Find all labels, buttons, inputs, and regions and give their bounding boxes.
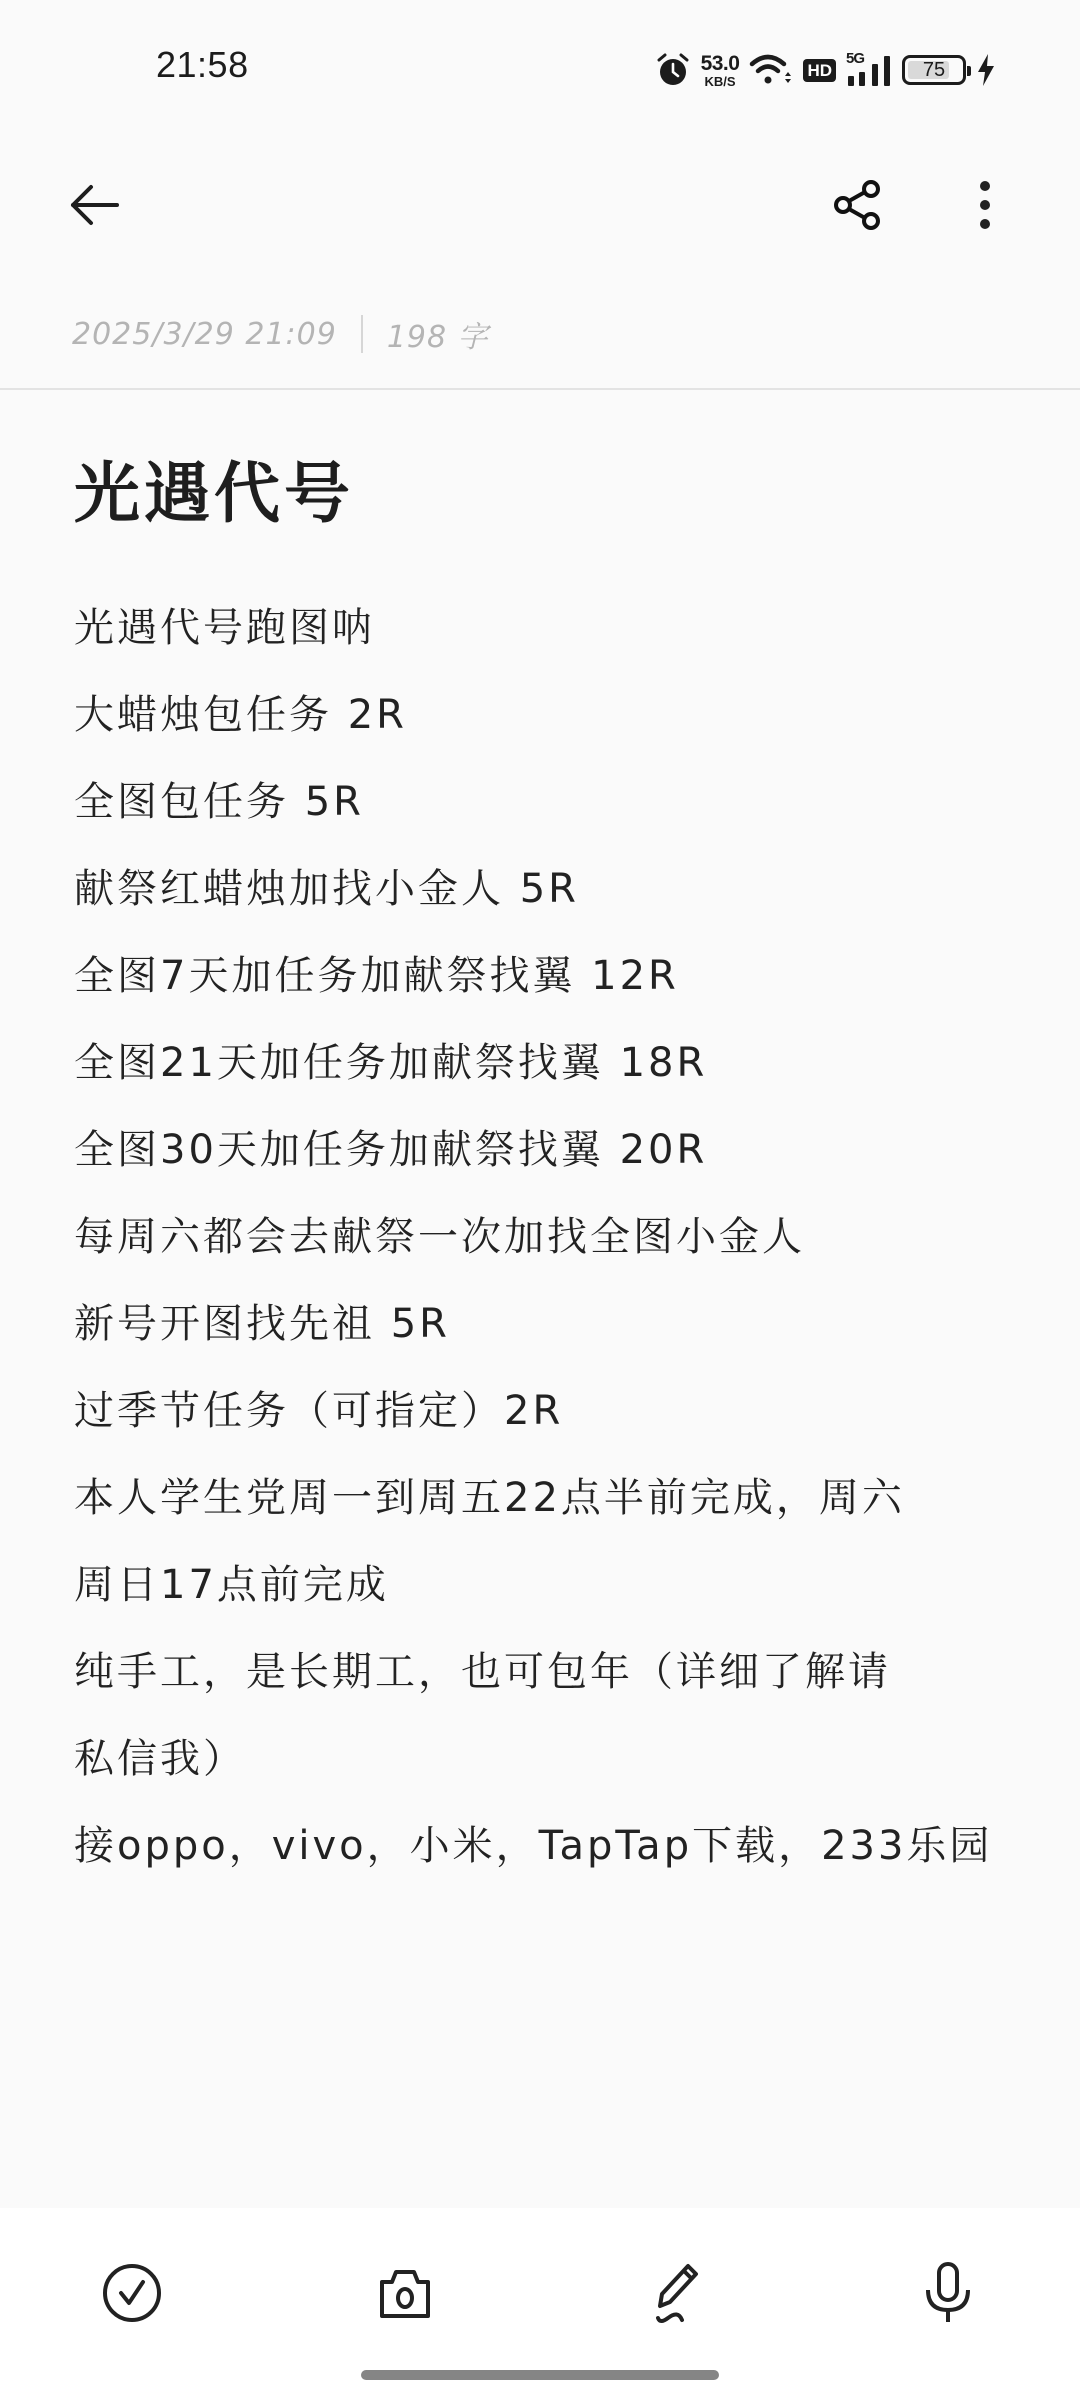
voice-button[interactable] (903, 2248, 993, 2338)
alarm-icon (655, 52, 691, 88)
app-bar (0, 160, 1080, 270)
network-type: 5G (846, 50, 864, 67)
battery-level: 75 (923, 59, 945, 82)
meta-separator (361, 315, 363, 353)
network-speed-value: 53.0 (701, 53, 740, 74)
note-date: 2025/3/29 21:09 (72, 317, 337, 352)
note-title[interactable]: 光遇代号 (74, 440, 354, 535)
pen-icon (644, 2260, 706, 2326)
note-line: 私信我） (74, 1716, 1014, 1803)
share-icon (831, 177, 887, 233)
word-count: 198 字 (387, 312, 489, 356)
status-icons: 53.0 KB/S HD 5G (655, 48, 996, 92)
note-line: 本人学生党周一到周五22点半前完成，周六 (74, 1455, 1014, 1542)
note-line: 全图30天加任务加献祭找翼 20R (74, 1107, 1014, 1194)
note-meta: 2025/3/29 21:09 198 字 (72, 312, 489, 356)
note-line: 新号开图找先祖 5R (74, 1281, 1014, 1368)
hd-icon: HD (803, 59, 836, 82)
note-line: 周日17点前完成 (74, 1542, 1014, 1629)
note-line: 接oppo，vivo，小米，TapTap下载，233乐园 (74, 1803, 1014, 1890)
status-time: 21:58 (156, 44, 249, 86)
note-line: 全图7天加任务加献祭找翼 12R (74, 933, 1014, 1020)
note-line: 每周六都会去献祭一次加找全图小金人 (74, 1194, 1014, 1281)
camera-icon (374, 2262, 436, 2324)
note-line: 大蜡烛包任务 2R (74, 672, 1014, 759)
note-line: 全图21天加任务加献祭找翼 18R (74, 1020, 1014, 1107)
more-options-button[interactable] (940, 160, 1030, 250)
handwriting-button[interactable] (630, 2248, 720, 2338)
home-indicator[interactable] (361, 2370, 719, 2380)
status-bar: 21:58 53.0 KB/S (0, 0, 1080, 130)
wifi-icon (749, 52, 793, 88)
network-speed-unit: KB/S (704, 75, 735, 88)
note-body[interactable]: 光遇代号跑图呐 大蜡烛包任务 2R 全图包任务 5R 献祭红蜡烛加找小金人 5R… (74, 585, 1014, 1890)
battery-icon: 75 (902, 55, 966, 85)
notes-app-screen: 21:58 53.0 KB/S (0, 0, 1080, 2400)
microphone-icon (920, 2260, 976, 2326)
note-line: 过季节任务（可指定）2R (74, 1368, 1014, 1455)
note-line: 光遇代号跑图呐 (74, 585, 1014, 672)
header-divider (0, 388, 1080, 390)
note-line: 献祭红蜡烛加找小金人 5R (74, 846, 1014, 933)
charging-icon (976, 53, 996, 87)
note-line: 全图包任务 5R (74, 759, 1014, 846)
back-button[interactable] (50, 160, 140, 250)
note-line: 纯手工，是长期工，也可包年（详细了解请 (74, 1629, 1014, 1716)
network-speed: 53.0 KB/S (701, 53, 740, 88)
checklist-button[interactable] (87, 2248, 177, 2338)
signal-icon: 5G (846, 54, 892, 86)
arrow-left-icon (65, 180, 125, 230)
check-circle-icon (101, 2262, 163, 2324)
more-vertical-icon (975, 177, 995, 233)
share-button[interactable] (814, 160, 904, 250)
camera-button[interactable] (360, 2248, 450, 2338)
